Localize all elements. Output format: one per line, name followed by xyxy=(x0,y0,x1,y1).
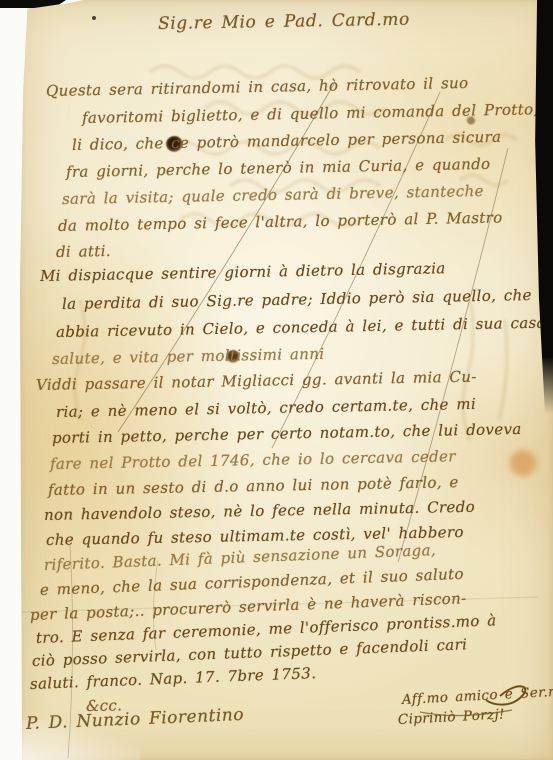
paper-speck xyxy=(92,16,96,20)
paper-stain xyxy=(506,448,540,478)
letter-salutation: Sig.re Mio e Pad. Card.mo xyxy=(158,12,410,33)
scanned-letter: Sig.re Mio e Pad. Card.mo Questa sera ri… xyxy=(0,0,553,760)
letter-line: di atti. xyxy=(56,244,111,260)
